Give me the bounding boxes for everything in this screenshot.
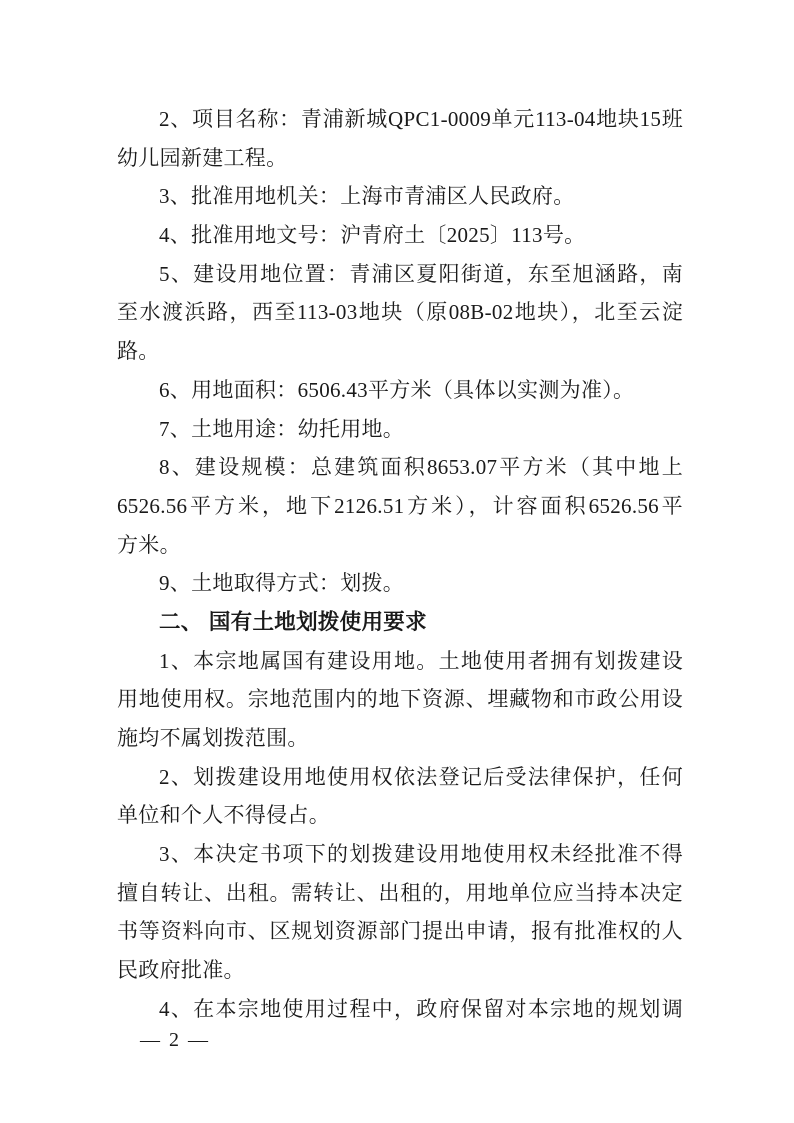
text-line: 7、土地用途：幼托用地。	[117, 410, 683, 449]
page-number: — 2 —	[140, 1026, 208, 1054]
text-line: 施均不属划拨范围。	[117, 719, 683, 758]
text-line: 3、本决定书项下的划拨建设用地使用权未经批准不得	[117, 835, 683, 874]
text-line: 6526.56平方米，地下2126.51方米），计容面积6526.56平	[117, 487, 683, 526]
text-line: 至水渡浜路，西至113-03地块（原08B-02地块），北至云淀	[117, 293, 683, 332]
text-line: 5、建设用地位置：青浦区夏阳街道，东至旭涵路，南	[117, 255, 683, 294]
text-line: 民政府批准。	[117, 951, 683, 990]
text-line: 4、在本宗地使用过程中，政府保留对本宗地的规划调	[117, 990, 683, 1029]
text-line: 3、批准用地机关：上海市青浦区人民政府。	[117, 177, 683, 216]
text-line: 路。	[117, 332, 683, 371]
text-line: 方米。	[117, 526, 683, 565]
document-page: 2、项目名称：青浦新城QPC1-0009单元113-04地块15班幼儿园新建工程…	[0, 0, 794, 1123]
text-line: 单位和个人不得侵占。	[117, 796, 683, 835]
text-line: 1、本宗地属国有建设用地。土地使用者拥有划拨建设	[117, 642, 683, 681]
text-line: 幼儿园新建工程。	[117, 139, 683, 178]
text-line: 擅自转让、出租。需转让、出租的，用地单位应当持本决定	[117, 874, 683, 913]
text-line: 书等资料向市、区规划资源部门提出申请，报有批准权的人	[117, 912, 683, 951]
document-body: 2、项目名称：青浦新城QPC1-0009单元113-04地块15班幼儿园新建工程…	[117, 100, 683, 1029]
text-line: 6、用地面积：6506.43平方米（具体以实测为准）。	[117, 371, 683, 410]
text-line: 2、项目名称：青浦新城QPC1-0009单元113-04地块15班	[117, 100, 683, 139]
text-line: 4、批准用地文号：沪青府土〔2025〕113号。	[117, 216, 683, 255]
text-line: 2、划拨建设用地使用权依法登记后受法律保护，任何	[117, 758, 683, 797]
text-line: 8、建设规模：总建筑面积8653.07平方米（其中地上	[117, 448, 683, 487]
section-heading: 二、 国有土地划拨使用要求	[117, 603, 683, 642]
text-line: 用地使用权。宗地范围内的地下资源、埋藏物和市政公用设	[117, 680, 683, 719]
text-line: 9、土地取得方式：划拨。	[117, 564, 683, 603]
